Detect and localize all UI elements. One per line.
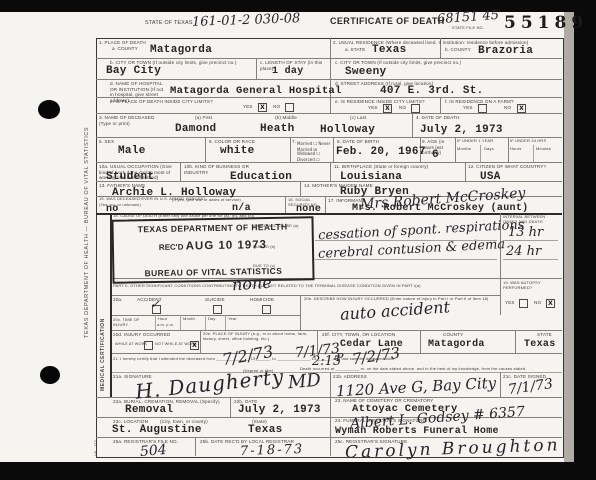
grid-line	[440, 97, 441, 113]
no-label: NO	[504, 105, 511, 111]
grid-line	[205, 137, 206, 162]
if-under-24-hrs-label: IF UNDER 24 HRS	[510, 139, 560, 144]
marital-row-2: Widowed ☐ Divorced ☐	[297, 151, 333, 162]
place-of-death-section-label: 1. PLACE OF DEATH	[99, 40, 146, 46]
funeral-home-value: Wyman Roberts Funeral Home	[335, 427, 499, 437]
autopsy-yes-checkbox	[519, 299, 528, 308]
residence-city-label: c. CITY OR TOWN (If outside city limits,…	[335, 60, 545, 66]
cause-underline	[315, 259, 497, 260]
scan-border-bottom	[0, 462, 596, 480]
yes-label: YES	[368, 105, 378, 111]
place-inside-no-checkbox	[285, 103, 294, 112]
grid-line	[290, 137, 291, 162]
residence-state-label: a. STATE	[345, 47, 365, 53]
date-of-birth-value: Feb. 20, 1967	[336, 147, 426, 158]
degree-handwritten: MD	[287, 372, 321, 393]
grid-line	[155, 315, 156, 330]
grid-line	[195, 437, 196, 456]
residence-farm-label: f. IS RESIDENCE ON A FARM?	[445, 99, 545, 105]
certificate-number-stamp: 55189	[504, 15, 588, 32]
grid-line	[533, 145, 534, 162]
homicide-checkbox	[262, 305, 271, 314]
hole-punch	[40, 366, 60, 384]
yes-label: YES	[463, 105, 473, 111]
last-name-value: Holloway	[320, 125, 375, 136]
first-name-value: Damond	[175, 124, 216, 135]
day-label: Day	[208, 317, 216, 322]
grid-line	[110, 330, 562, 331]
place-county-value: Matagorda	[150, 45, 212, 56]
stamp-received-line: REC'D AUG 10 1973	[114, 239, 312, 254]
date-of-death-label: 4. DATE OF DEATH	[416, 115, 460, 121]
grid-line	[330, 397, 331, 456]
due-to-b-interval-handwritten: 24 hr	[506, 245, 541, 258]
race-label: 6. COLOR OR RACE	[209, 139, 255, 145]
grid-line	[420, 330, 421, 353]
length-of-stay-value: 1 day	[272, 67, 304, 77]
degree-or-title-label: (Degree or title)	[243, 369, 273, 374]
date-received-handwritten: 7-18-73	[240, 443, 305, 458]
street-address-value: 407 E. 3rd. St.	[380, 86, 484, 97]
homicide-label: HOMICIDE	[250, 297, 274, 303]
date-of-birth-label: 8. DATE OF BIRTH	[337, 139, 379, 145]
grid-line	[480, 145, 481, 162]
grid-line	[500, 372, 501, 397]
residence-state-value: Texas	[372, 45, 407, 56]
ampm-label: a.m. p.m.	[157, 323, 177, 328]
scanned-death-certificate: TEXAS DEPARTMENT OF HEALTH — BUREAU OF V…	[0, 0, 596, 480]
age-value: 6	[432, 150, 439, 161]
received-stamp: TEXAS DEPARTMENT OF HEALTH REC'D AUG 10 …	[111, 216, 314, 284]
year-label: Year	[228, 317, 237, 322]
grid-line	[96, 58, 562, 59]
autopsy-no-checkbox: X	[546, 299, 555, 308]
date-of-death-value: July 2, 1973	[420, 125, 503, 136]
residence-city-value: Sweeny	[345, 67, 386, 78]
state-file-number-handwritten: 68151 45	[437, 9, 500, 26]
months-label: Months	[457, 147, 471, 152]
industry-value: Education	[230, 172, 292, 183]
stamp-date: AUG 10 1973	[186, 239, 268, 252]
grid-line	[300, 181, 301, 196]
grid-line	[180, 315, 181, 330]
residence-county-value: Brazoria	[478, 46, 533, 57]
injury-city-label: 20f. CITY, TOWN, OR LOCATION	[322, 332, 395, 338]
grid-line	[225, 315, 226, 330]
immediate-cause-interval-handwritten: 13 hr	[508, 226, 543, 239]
days-label: Days	[484, 147, 494, 152]
cause-underline	[315, 240, 497, 241]
part-2-value-handwritten: none	[231, 275, 272, 294]
yes-label: YES	[243, 104, 253, 110]
grid-line	[465, 162, 466, 181]
place-city-value: Bay City	[106, 66, 161, 77]
minutes-label: Minutes	[536, 147, 551, 152]
scan-border-right	[574, 12, 596, 462]
grid-line	[96, 79, 562, 80]
name-of-deceased-label: 3. NAME OF DECEASED (Type or print)	[99, 115, 159, 126]
registrar-file-no-handwritten: 504	[139, 443, 167, 459]
grid-line	[508, 137, 509, 162]
race-value: white	[220, 146, 255, 157]
burial-date-value: July 2, 1973	[238, 405, 321, 416]
burial-type-value: Removal	[125, 405, 173, 416]
middle-name-value: Heath	[260, 124, 295, 135]
hour-label: Hour	[158, 317, 167, 322]
place-inside-yes-checkbox: X	[258, 103, 267, 112]
if-under-1-year-label: IF UNDER 1 YEAR	[457, 139, 507, 144]
certificate-title: CERTIFICATE OF DEATH	[330, 17, 445, 26]
grid-line	[515, 330, 516, 353]
month-label: Month	[183, 317, 195, 322]
hospital-value: Matagorda General Hospital	[170, 86, 342, 97]
stamp-recd-label: REC'D	[159, 242, 184, 251]
hole-punch	[38, 100, 60, 119]
informant-typed-value: Mrs. Robert McCroskey (aunt)	[352, 204, 528, 214]
place-county-label: a. COUNTY	[112, 46, 138, 52]
grid-line	[110, 372, 562, 373]
while-at-work-label: WHILE AT WORK	[115, 342, 147, 347]
grid-line	[330, 372, 331, 397]
farm-yes-checkbox	[478, 104, 487, 113]
place-of-injury-label: 20e. PLACE OF INJURY (e.g., in or about …	[203, 332, 313, 342]
grid-line	[325, 196, 326, 213]
citizen-value: USA	[480, 172, 501, 183]
yes-label: YES	[505, 300, 515, 306]
grid-line	[412, 113, 413, 137]
item-20a-label: 20a.	[113, 297, 123, 303]
autopsy-label: 19. WAS AUTOPSY PERFORMED?	[503, 281, 558, 291]
sex-label: 5. SEX	[99, 139, 114, 145]
registration-code-handwritten: 161-01-2 030-08	[192, 12, 301, 29]
burial-location-state-value: Texas	[248, 425, 283, 436]
no-label: NO	[399, 105, 406, 111]
part-2-conditions-label: PART II. OTHER SIGNIFICANT CONDITIONS CO…	[113, 284, 498, 289]
no-label: NO	[534, 300, 541, 306]
registrar-signature-handwritten: Carolyn Broughton	[345, 437, 561, 462]
suicide-checkbox	[213, 305, 222, 314]
hours-label: Hours	[510, 147, 521, 152]
place-inside-city-label: e. IS PLACE OF DEATH INSIDE CITY LIMITS?	[110, 99, 230, 105]
time-of-injury-label: 20c. TIME OF INJURY	[113, 318, 153, 328]
sex-value: Male	[118, 146, 146, 157]
no-label: NO	[273, 104, 280, 110]
injury-occurred-label: 20d. INJURY OCCURRED	[113, 332, 170, 338]
last-name-label: (c) Last	[350, 115, 367, 121]
margin-department-text: TEXAS DEPARTMENT OF HEALTH — BUREAU OF V…	[84, 88, 90, 338]
interval-underline	[503, 240, 558, 241]
suicide-label: SUICIDE	[205, 297, 225, 303]
farm-no-checkbox: X	[517, 104, 526, 113]
grid-line	[333, 137, 334, 162]
grid-line	[96, 113, 562, 114]
grid-line	[205, 315, 206, 330]
marital-status-label: 7.	[292, 139, 296, 145]
first-name-label: (a) First	[195, 115, 212, 121]
grid-line	[330, 38, 331, 113]
while-at-work-checkbox	[144, 341, 153, 350]
residence-inside-yes-checkbox: X	[383, 104, 392, 113]
grid-line	[200, 330, 201, 353]
injury-state-label: STATE	[537, 332, 552, 338]
birthplace-label: 11. BIRTHPLACE (State or foreign country…	[334, 164, 454, 170]
residence-inside-no-checkbox	[411, 104, 420, 113]
injury-county-value: Matagorda	[428, 340, 485, 350]
state-file-no-label: STATE FILE NO.	[452, 26, 484, 31]
grid-line	[256, 58, 257, 79]
occupation-value: Student	[106, 172, 154, 183]
physician-address-label: 21b. ADDRESS	[333, 374, 367, 380]
birthplace-value: Louisiana	[340, 172, 402, 183]
not-while-at-work-checkbox: X	[190, 341, 199, 350]
grid-line	[285, 196, 286, 213]
interval-underline	[503, 259, 558, 260]
burial-location-value: St. Augustine	[112, 425, 202, 436]
death-time-ampm-handwritten: P	[336, 352, 343, 363]
injury-state-value: Texas	[524, 340, 556, 350]
grid-line	[300, 295, 301, 330]
injury-county-label: COUNTY	[443, 332, 463, 338]
stamp-department-line: TEXAS DEPARTMENT OF HEALTH	[114, 222, 312, 234]
middle-name-label: (b) Middle	[275, 115, 297, 121]
citizen-label: 12. CITIZEN OF WHAT COUNTRY?	[468, 164, 558, 170]
state-of-texas-label: STATE OF TEXAS	[145, 20, 193, 27]
accident-checkmark-handwritten: ✓	[150, 298, 160, 310]
residence-county-label: b. COUNTY	[445, 47, 471, 53]
stamp-bureau-line: BUREAU OF VITAL STATISTICS	[114, 266, 312, 278]
grid-line	[330, 162, 331, 181]
grid-line	[455, 137, 456, 162]
